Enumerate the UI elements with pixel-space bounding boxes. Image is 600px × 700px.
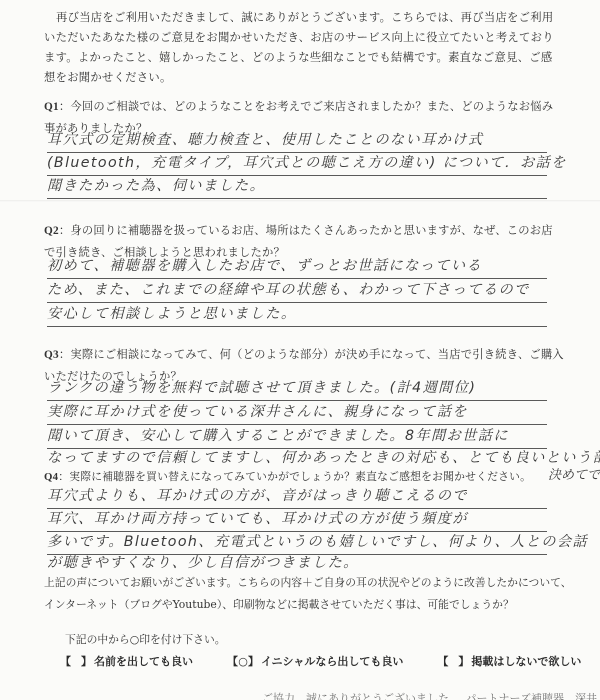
answer-line: 多いです。Bluetooh、充電式というのも嬉しいですし、何より、人との会話	[47, 532, 547, 555]
question-number: Q2	[44, 225, 59, 237]
answer-line: 実際に耳かけ式を使っている深井さんに、親身になって話を	[47, 402, 547, 425]
option-label: イニシャルなら出しても良い	[261, 653, 403, 669]
bracket: 【】	[60, 653, 92, 669]
permission-request: 上記の声についてお願いがございます。こちらの内容＋ご自身の耳の状況やどのように改…	[44, 572, 574, 616]
question-number: Q1	[44, 101, 59, 113]
circle-mark-icon: ○	[238, 655, 248, 668]
answer-line: 聞きたかった為、伺いました。	[47, 176, 547, 199]
answer-line: 耳穴式の定期検査、聴力検査と、使用したことのない耳かけ式	[47, 130, 547, 153]
option-name-ok[interactable]: 【】 名前を出しても良い	[60, 653, 193, 669]
choose-instruction: 下記の中から○印を付け下さい。	[65, 632, 226, 647]
intro-paragraph: 再び当店をご利用いただきまして、誠にありがとうございます。こちらでは、再び当店を…	[44, 8, 564, 88]
fold-shadow	[0, 200, 600, 202]
bracket: 【○】	[227, 653, 259, 669]
answer-line: 耳穴式よりも、耳かけ式の方が、音がはっきり聴こえるので	[47, 486, 547, 509]
question-text: ：身の回りに補聴器を扱っているお店、場所はたくさんあったかと思いますが、なぜ、こ…	[44, 224, 553, 259]
question-number: Q3	[44, 349, 59, 361]
answer-line: ランクの違う物を無料で試聴させて頂きました。(計4週間位)	[47, 378, 547, 401]
feedback-form-page: 再び当店をご利用いただきまして、誠にありがとうございます。こちらでは、再び当店を…	[0, 0, 600, 700]
permission-options: 【】 名前を出しても良い 【○】 イニシャルなら出しても良い 【】 掲載はしない…	[60, 653, 580, 669]
question-number: Q4	[44, 471, 58, 483]
option-label: 掲載はしないで欲しい	[471, 653, 581, 669]
answer-line: 初めて、補聴器を購入したお店で、ずっとお世話になっている	[47, 256, 547, 279]
bracket: 【】	[437, 653, 469, 669]
answer-line: 聞いて頂き、安心して購入することができました。8年間お世話に	[47, 426, 547, 449]
thanks-signature: ご協力、誠にありがとうございました。 パートナーズ補聴器 深井	[262, 690, 597, 700]
option-label: 名前を出しても良い	[94, 653, 193, 669]
answer-line: 安心して相談しようと思いました。	[47, 304, 547, 327]
answer-line: (Bluetooth，充電タイプ，耳穴式との聴こえ方の違い) について．お話を	[47, 153, 547, 176]
option-initials-ok[interactable]: 【○】 イニシャルなら出しても良い	[227, 653, 403, 669]
question-4: Q4：実際に補聴器を買い替えになってみていかがでしょうか？素直なご感想をお聞かせ…	[44, 466, 564, 488]
option-no-publish[interactable]: 【】 掲載はしないで欲しい	[437, 653, 581, 669]
answer-line: 耳穴、耳かけ両方持っていても、耳かけ式の方が使う頻度が	[47, 509, 547, 532]
answer-line: ため、また、これまでの経緯や耳の状態も、わかって下さってるので	[47, 280, 547, 303]
question-text: ：実際に補聴器を買い替えになってみていかがでしょうか？素直なご感想をお聞かせくだ…	[58, 470, 531, 483]
